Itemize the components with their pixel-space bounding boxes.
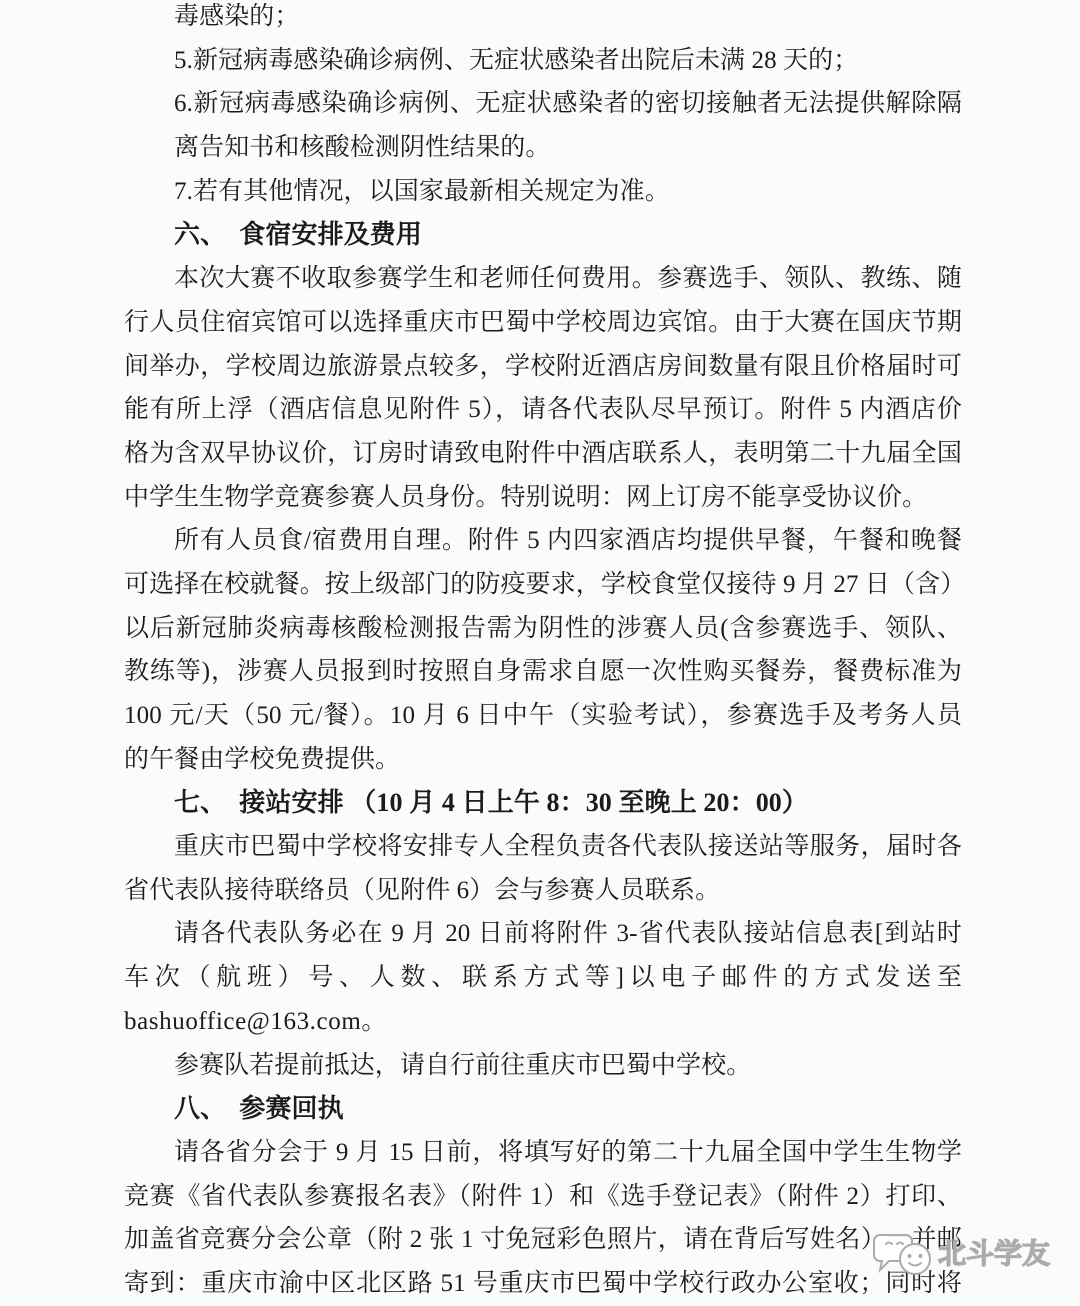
doc-line: 中学生生物学竞赛参赛人员身份。特别说明：网上订房不能享受协议价。 — [124, 476, 962, 520]
doc-line: 以后新冠肺炎病毒核酸检测报告需为阴性的涉赛人员(含参赛选手、领队、 — [124, 607, 962, 651]
doc-list-item-6: 6.新冠病毒感染确诊病例、无症状感染者的密切接触者无法提供解除隔 — [124, 82, 962, 126]
doc-line: 省代表队接待联络员（见附件 6）会与参赛人员联系。 — [124, 869, 962, 913]
doc-line: 竞赛《省代表队参赛报名表》（附件 1）和《选手登记表》（附件 2）打印、 — [124, 1175, 962, 1219]
doc-line: 所有人员食/宿费用自理。附件 5 内四家酒店均提供早餐，午餐和晚餐 — [124, 519, 962, 563]
doc-line-email-address: bashuoffice@163.com。 — [124, 1000, 962, 1044]
doc-line: 可选择在校就餐。按上级部门的防疫要求，学校食堂仅接待 9 月 27 日（含） — [124, 563, 962, 607]
section-heading-8-receipt: 八、 参赛回执 — [124, 1087, 962, 1131]
doc-line: 教练等)，涉赛人员报到时按照自身需求自愿一次性购买餐券，餐费标准为 — [124, 650, 962, 694]
doc-line: 离告知书和核酸检测阴性结果的。 — [124, 126, 962, 170]
doc-line: 格为含双早协议价，订房时请致电附件中酒店联系人，表明第二十九届全国 — [124, 432, 962, 476]
section-heading-6-lodging: 六、 食宿安排及费用 — [124, 213, 962, 257]
doc-line: 能有所上浮（酒店信息见附件 5），请各代表队尽早预订。附件 5 内酒店价 — [124, 388, 962, 432]
doc-line: 本次大赛不收取参赛学生和老师任何费用。参赛选手、领队、教练、随 — [124, 257, 962, 301]
doc-line: 的午餐由学校免费提供。 — [124, 738, 962, 782]
doc-line: 毒感染的； — [124, 0, 962, 39]
doc-list-item-7: 7.若有其他情况，以国家最新相关规定为准。 — [124, 170, 962, 214]
doc-line: 加盖省竞赛分会公章（附 2 张 1 寸免冠彩色照片，请在背后写姓名）一并邮 — [124, 1218, 962, 1262]
doc-line: 请各代表队务必在 9 月 20 日前将附件 3-省代表队接站信息表[到站时间、 — [124, 912, 962, 956]
doc-line: 参赛队若提前抵达，请自行前往重庆市巴蜀中学校。 — [124, 1044, 962, 1088]
doc-line: 间举办，学校周边旅游景点较多，学校附近酒店房间数量有限且价格届时可 — [124, 345, 962, 389]
doc-list-item-5: 5.新冠病毒感染确诊病例、无症状感染者出院后未满 28 天的； — [124, 39, 962, 83]
doc-line: 重庆市巴蜀中学校将安排专人全程负责各代表队接送站等服务，届时各 — [124, 825, 962, 869]
doc-line: 车次（航班）号、人数、联系方式等]以电子邮件的方式发送至 — [124, 956, 962, 1000]
section-heading-7-pickup: 七、 接站安排 （10 月 4 日上午 8：30 至晚上 20：00） — [124, 781, 962, 825]
doc-line: 请各省分会于 9 月 15 日前，将填写好的第二十九届全国中学生生物学 — [124, 1131, 962, 1175]
doc-line: 寄到：重庆市渝中区北区路 51 号重庆市巴蜀中学校行政办公室收；同时将 — [124, 1262, 962, 1306]
doc-line: 行人员住宿宾馆可以选择重庆市巴蜀中学校周边宾馆。由于大赛在国庆节期 — [124, 301, 962, 345]
document-body: 毒感染的； 5.新冠病毒感染确诊病例、无症状感染者出院后未满 28 天的； 6.… — [124, 0, 962, 1306]
doc-line: 100 元/天（50 元/餐）。10 月 6 日中午（实验考试），参赛选手及考务… — [124, 694, 962, 738]
